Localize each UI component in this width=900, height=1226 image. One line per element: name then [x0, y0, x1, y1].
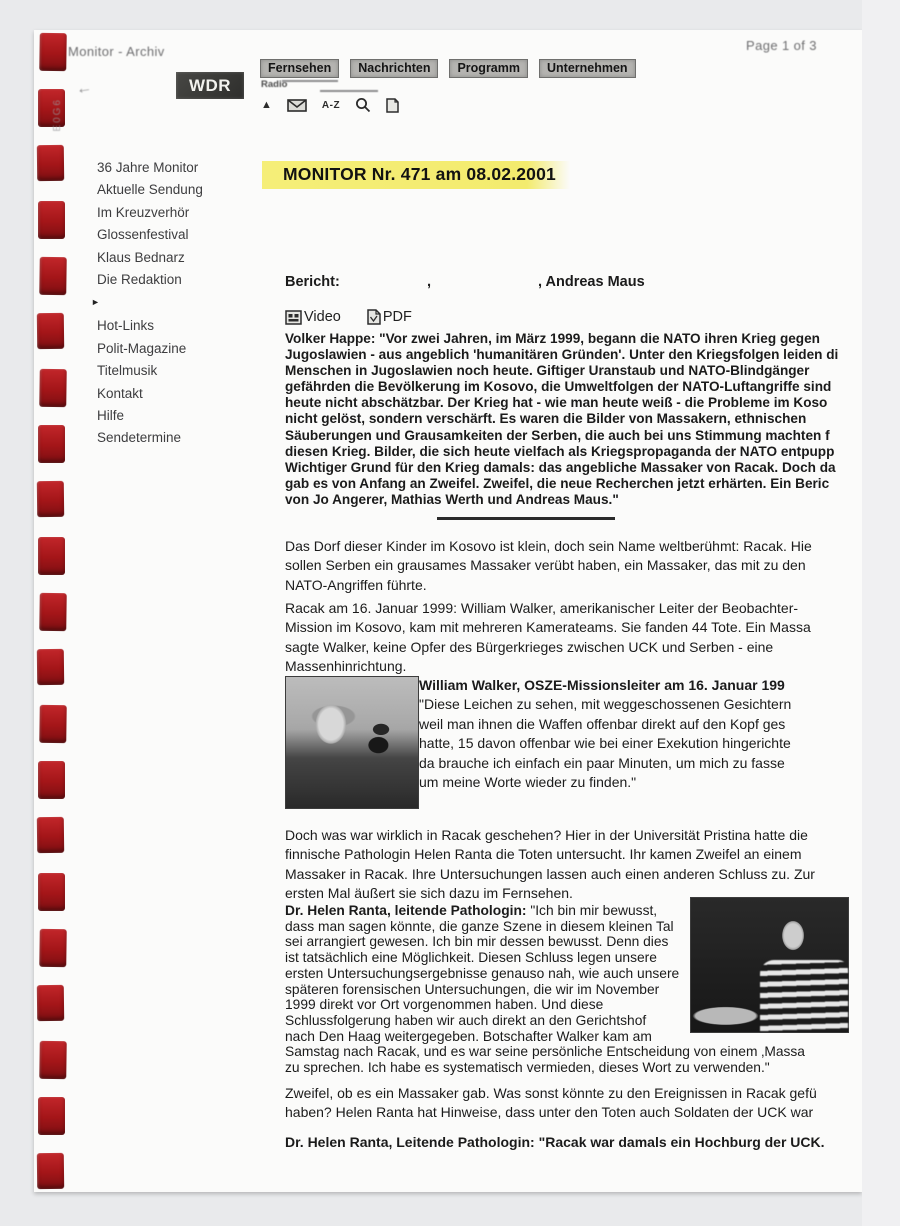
text-line: gab es von Anfang an Zweifel. Zweifel, d…: [285, 476, 848, 492]
video-link-label[interactable]: Video: [304, 309, 341, 325]
pdf-link-label[interactable]: PDF: [383, 309, 412, 325]
text-line: gefährden die Bevölkerung im Kosovo, die…: [285, 379, 848, 395]
village-paragraph: Das Dorf dieser Kinder im Kosovo ist kle…: [285, 537, 848, 595]
text-line: Samstag nach Racak, und es war seine per…: [285, 1044, 848, 1060]
william-walker-photo: [285, 676, 419, 809]
scan-edge-strip: [862, 0, 900, 1226]
text-line: NATO-Angriffen führte.: [285, 576, 848, 595]
text-line: diesen Krieg. Bilder, die sich heute vie…: [285, 444, 848, 460]
text-line: da brauche ich einfach ein paar Minuten,…: [419, 754, 849, 773]
text-line: nicht gelöst, sondern verschärft. Es war…: [285, 411, 848, 427]
text-line: sagte Walker, keine Opfer des Bürgerkrie…: [285, 638, 848, 657]
text-line: Mission im Kosovo, kam mit mehreren Kame…: [285, 618, 848, 637]
text-line: haben? Helen Ranta hat Hinweise, dass un…: [285, 1103, 848, 1122]
text-line: von Jo Angerer, Mathias Werth und Andrea…: [285, 492, 848, 508]
text-line: hatte, 15 davon offenbar wie bei einer E…: [419, 734, 849, 753]
text-line: Zweifel, ob es ein Massaker gab. Was son…: [285, 1084, 848, 1103]
text-line: Das Dorf dieser Kinder im Kosovo ist kle…: [285, 537, 848, 556]
text-line: Jugoslawien - aus angeblich 'humanitären…: [285, 347, 848, 363]
article-content: MONITOR Nr. 471 am 08.02.2001 Bericht: ,…: [0, 0, 850, 1226]
page-title: MONITOR Nr. 471 am 08.02.2001: [262, 161, 570, 189]
helen-ranta-photo: [690, 897, 849, 1033]
video-link[interactable]: Video: [285, 309, 341, 325]
report-label: Bericht:: [285, 274, 340, 290]
text-line: Massenhinrichtung.: [285, 657, 848, 676]
text-line: weil man ihnen die Waffen offenbar direk…: [419, 715, 849, 734]
text-line: Volker Happe: "Vor zwei Jahren, im März …: [285, 331, 848, 347]
closing-quote-line: Dr. Helen Ranta, Leitende Pathologin: "R…: [285, 1134, 848, 1150]
report-comma: ,: [427, 274, 431, 290]
text-line: Massaker in Racak. Ihre Untersuchungen l…: [285, 865, 848, 884]
text-line: Racak am 16. Januar 1999: William Walker…: [285, 599, 848, 618]
text-line: Menschen in Jugoslawien noch heute. Gift…: [285, 363, 848, 379]
text-line: finnische Pathologin Helen Ranta die Tot…: [285, 845, 848, 864]
text-line: sollen Serben ein grausames Massaker ver…: [285, 556, 848, 575]
text-line: um meine Worte wieder zu finden.": [419, 773, 849, 792]
report-authors: , Andreas Maus: [538, 274, 645, 290]
text-line: Säuberungen und Grausamkeiten der Serben…: [285, 428, 848, 444]
text-line: heute nicht abschätzbar. Der Krieg hat -…: [285, 395, 848, 411]
ranta-lead-bold: Dr. Helen Ranta, leitende Pathologin:: [285, 903, 526, 918]
text-line: zu sprechen. Ich habe es systematisch ve…: [285, 1060, 848, 1076]
doubt-paragraph: Zweifel, ob es ein Massaker gab. Was son…: [285, 1084, 848, 1123]
intro-paragraph: Volker Happe: "Vor zwei Jahren, im März …: [285, 331, 848, 508]
racak-paragraph: Racak am 16. Januar 1999: William Walker…: [285, 599, 848, 677]
walker-quote-heading: William Walker, OSZE-Missionsleiter am 1…: [419, 676, 849, 695]
pdf-link[interactable]: PDF: [367, 309, 412, 325]
text-line: Wichtiger Grund für den Krieg damals: da…: [285, 460, 848, 476]
text-line: Doch was war wirklich in Racak geschehen…: [285, 826, 848, 845]
walker-quote-lines: "Diese Leichen zu sehen, mit weggeschoss…: [419, 695, 849, 792]
ranta-quote-full-lines: Samstag nach Racak, und es war seine per…: [285, 1044, 848, 1075]
walker-quote-block: William Walker, OSZE-Missionsleiter am 1…: [419, 676, 849, 792]
text-line: "Diese Leichen zu sehen, mit weggeschoss…: [419, 695, 849, 714]
ranta-lead-rest: "Ich bin mir bewusst,: [526, 903, 657, 918]
report-byline: Bericht: , , Andreas Maus: [285, 274, 848, 290]
media-links: Video PDF: [285, 309, 412, 325]
section-divider: [437, 517, 615, 520]
university-paragraph: Doch was war wirklich in Racak geschehen…: [285, 826, 848, 904]
closing-bold-text: Dr. Helen Ranta, Leitende Pathologin: "R…: [285, 1134, 848, 1150]
